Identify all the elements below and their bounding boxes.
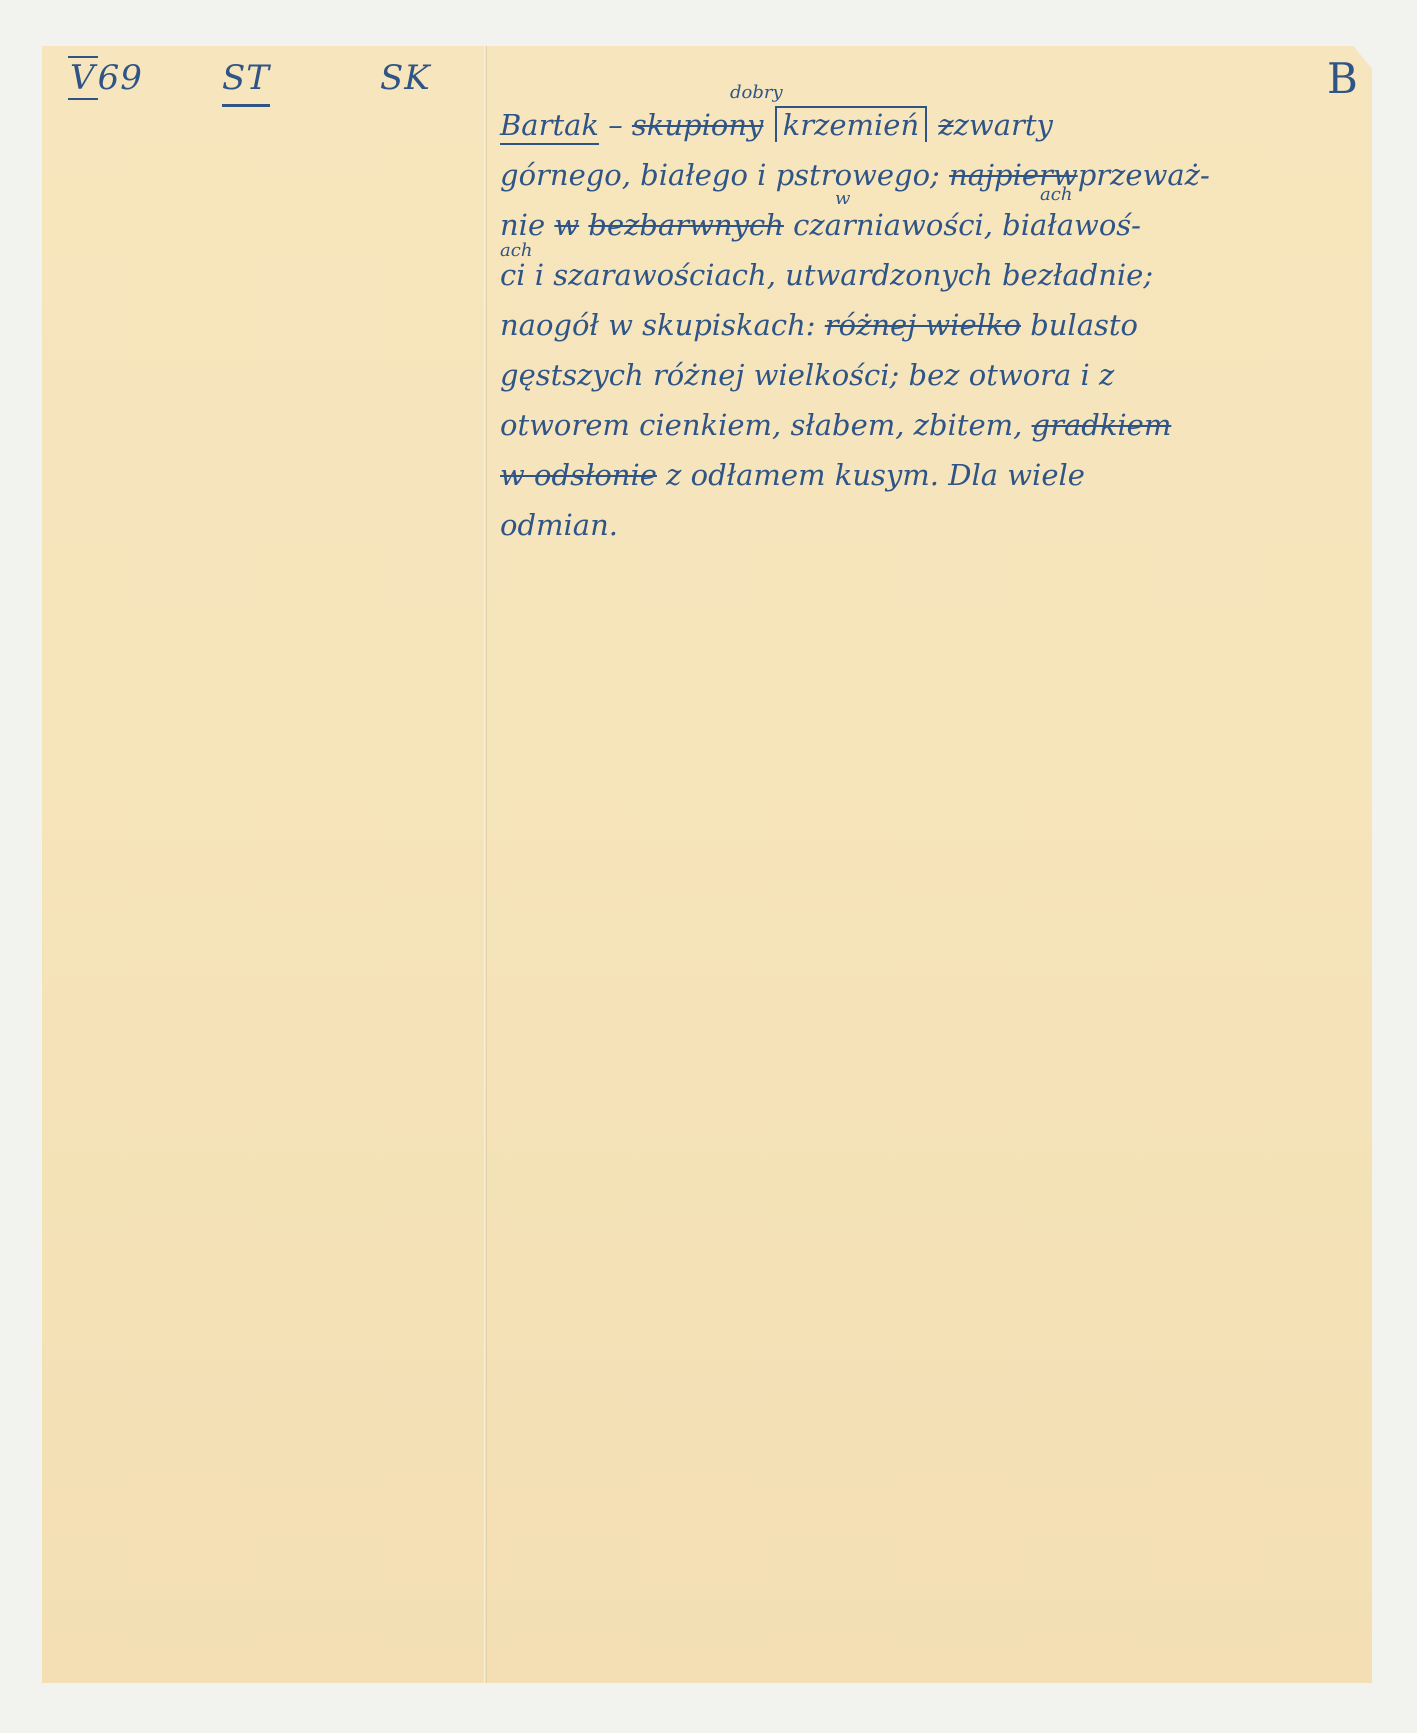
header-code-st: ST (222, 58, 270, 107)
insertion-ach: ach (1040, 186, 1072, 204)
catalog-number: 69 (98, 58, 143, 98)
entry-line-3: w ach nie w bezbarwnych czarniawości, bi… (500, 200, 1320, 250)
entry-line-8: w odsłonie z odłamem kusym. Dla wiele (500, 450, 1320, 500)
struck-word: skupiony (632, 108, 764, 142)
line-text: gęstszych różnej wielkości; bez otwora i… (500, 358, 1114, 392)
struck-word: w odsłonie (500, 458, 657, 492)
entry-line-2: górnego, białego i pstrowego; najpierwpr… (500, 150, 1320, 200)
entry-line-9: odmian. (500, 500, 1320, 550)
line-text: zwarty (954, 108, 1053, 142)
line-text: czarniawości, białawoś- (793, 208, 1141, 242)
line-text: przeważ- (1078, 158, 1210, 192)
boxed-word: krzemień (775, 106, 928, 142)
struck-word: bezbarwnych (588, 208, 784, 242)
document-scan: V69 ST SK B Bartak – dobry skupiony krze… (0, 0, 1417, 1733)
entry-line-4: ach ci i szarawościach, utwardzonych bez… (500, 250, 1320, 300)
handwritten-entry: Bartak – dobry skupiony krzemień zzwarty… (500, 100, 1320, 550)
struck-word: w (554, 208, 579, 242)
struck-word: różnej wielko (825, 308, 1021, 342)
struck-prefix: z (938, 108, 953, 142)
roman-numeral: V (68, 56, 98, 100)
line-text: górnego, białego i pstrowego; (500, 158, 940, 192)
dash: – (608, 108, 623, 142)
entry-line-7: otworem cienkiem, słabem, zbitem, gradki… (500, 400, 1320, 450)
line-text: ci i szarawościach, utwardzonych bezładn… (500, 258, 1153, 292)
fold-crease (484, 46, 487, 1683)
entry-line-5: naogół w skupiskach: różnej wielko bulas… (500, 300, 1320, 350)
headword: Bartak (500, 108, 599, 142)
header-code-sk: SK (380, 58, 431, 98)
entry-line-1: Bartak – dobry skupiony krzemień zzwarty (500, 100, 1320, 150)
line-text: odmian. (500, 508, 618, 542)
insertion-ach: ach (500, 242, 532, 260)
entry-line-6: gęstszych różnej wielkości; bez otwora i… (500, 350, 1320, 400)
header-catalog-number: V69 (68, 58, 143, 98)
insertion-w: w (835, 190, 850, 208)
line-text: nie (500, 208, 545, 242)
line-text: z odłamem kusym. Dla wiele (666, 458, 1085, 492)
insertion-dobry: dobry (730, 84, 783, 102)
struck-word: gradkiem (1032, 408, 1172, 442)
line-text: otworem cienkiem, słabem, zbitem, (500, 408, 1022, 442)
corner-letter: B (1327, 54, 1358, 103)
line-text: naogół w skupiskach: (500, 308, 816, 342)
line-text: bulasto (1030, 308, 1138, 342)
